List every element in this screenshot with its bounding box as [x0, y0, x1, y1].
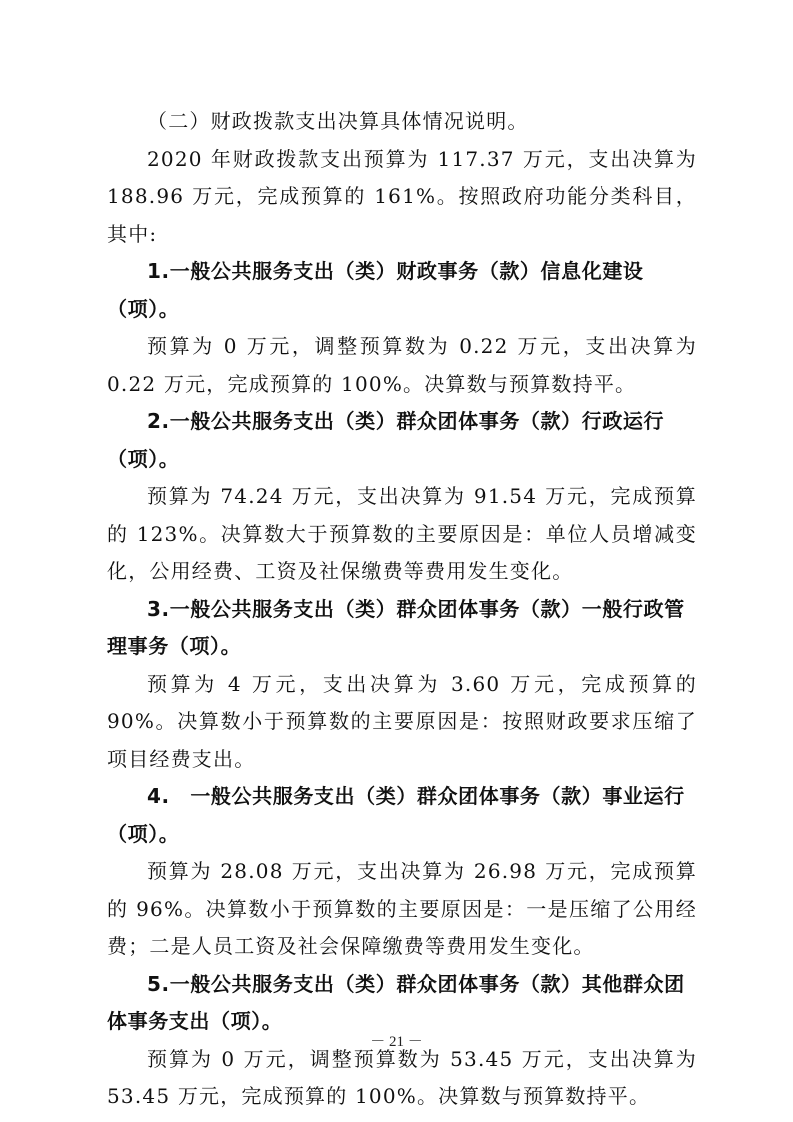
section-summary: 2020 年财政拨款支出预算为 117.37 万元，支出决算为 188.96 万…	[107, 141, 697, 254]
item-3-title: 3.一般公共服务支出（类）群众团体事务（款）一般行政管理事务（项）。	[107, 591, 697, 666]
item-2-body: 预算为 74.24 万元，支出决算为 91.54 万元，完成预算的 123%。决…	[107, 478, 697, 591]
item-4-body: 预算为 28.08 万元，支出决算为 26.98 万元，完成预算的 96%。决算…	[107, 853, 697, 966]
page-number: － 21 －	[0, 1030, 793, 1051]
item-3-body: 预算为 4 万元，支出决算为 3.60 万元，完成预算的 90%。决算数小于预算…	[107, 666, 697, 779]
item-1-body: 预算为 0 万元，调整预算数为 0.22 万元，支出决算为 0.22 万元，完成…	[107, 328, 697, 403]
section-heading: （二）财政拨款支出决算具体情况说明。	[107, 103, 697, 141]
item-2-title: 2.一般公共服务支出（类）群众团体事务（款）行政运行（项）。	[107, 403, 697, 478]
document-page: （二）财政拨款支出决算具体情况说明。 2020 年财政拨款支出预算为 117.3…	[107, 103, 697, 1116]
item-1-title: 1.一般公共服务支出（类）财政事务（款）信息化建设（项）。	[107, 253, 697, 328]
item-4-title: 4. 一般公共服务支出（类）群众团体事务（款）事业运行（项）。	[107, 778, 697, 853]
item-5-body: 预算为 0 万元，调整预算数为 53.45 万元，支出决算为 53.45 万元，…	[107, 1041, 697, 1116]
